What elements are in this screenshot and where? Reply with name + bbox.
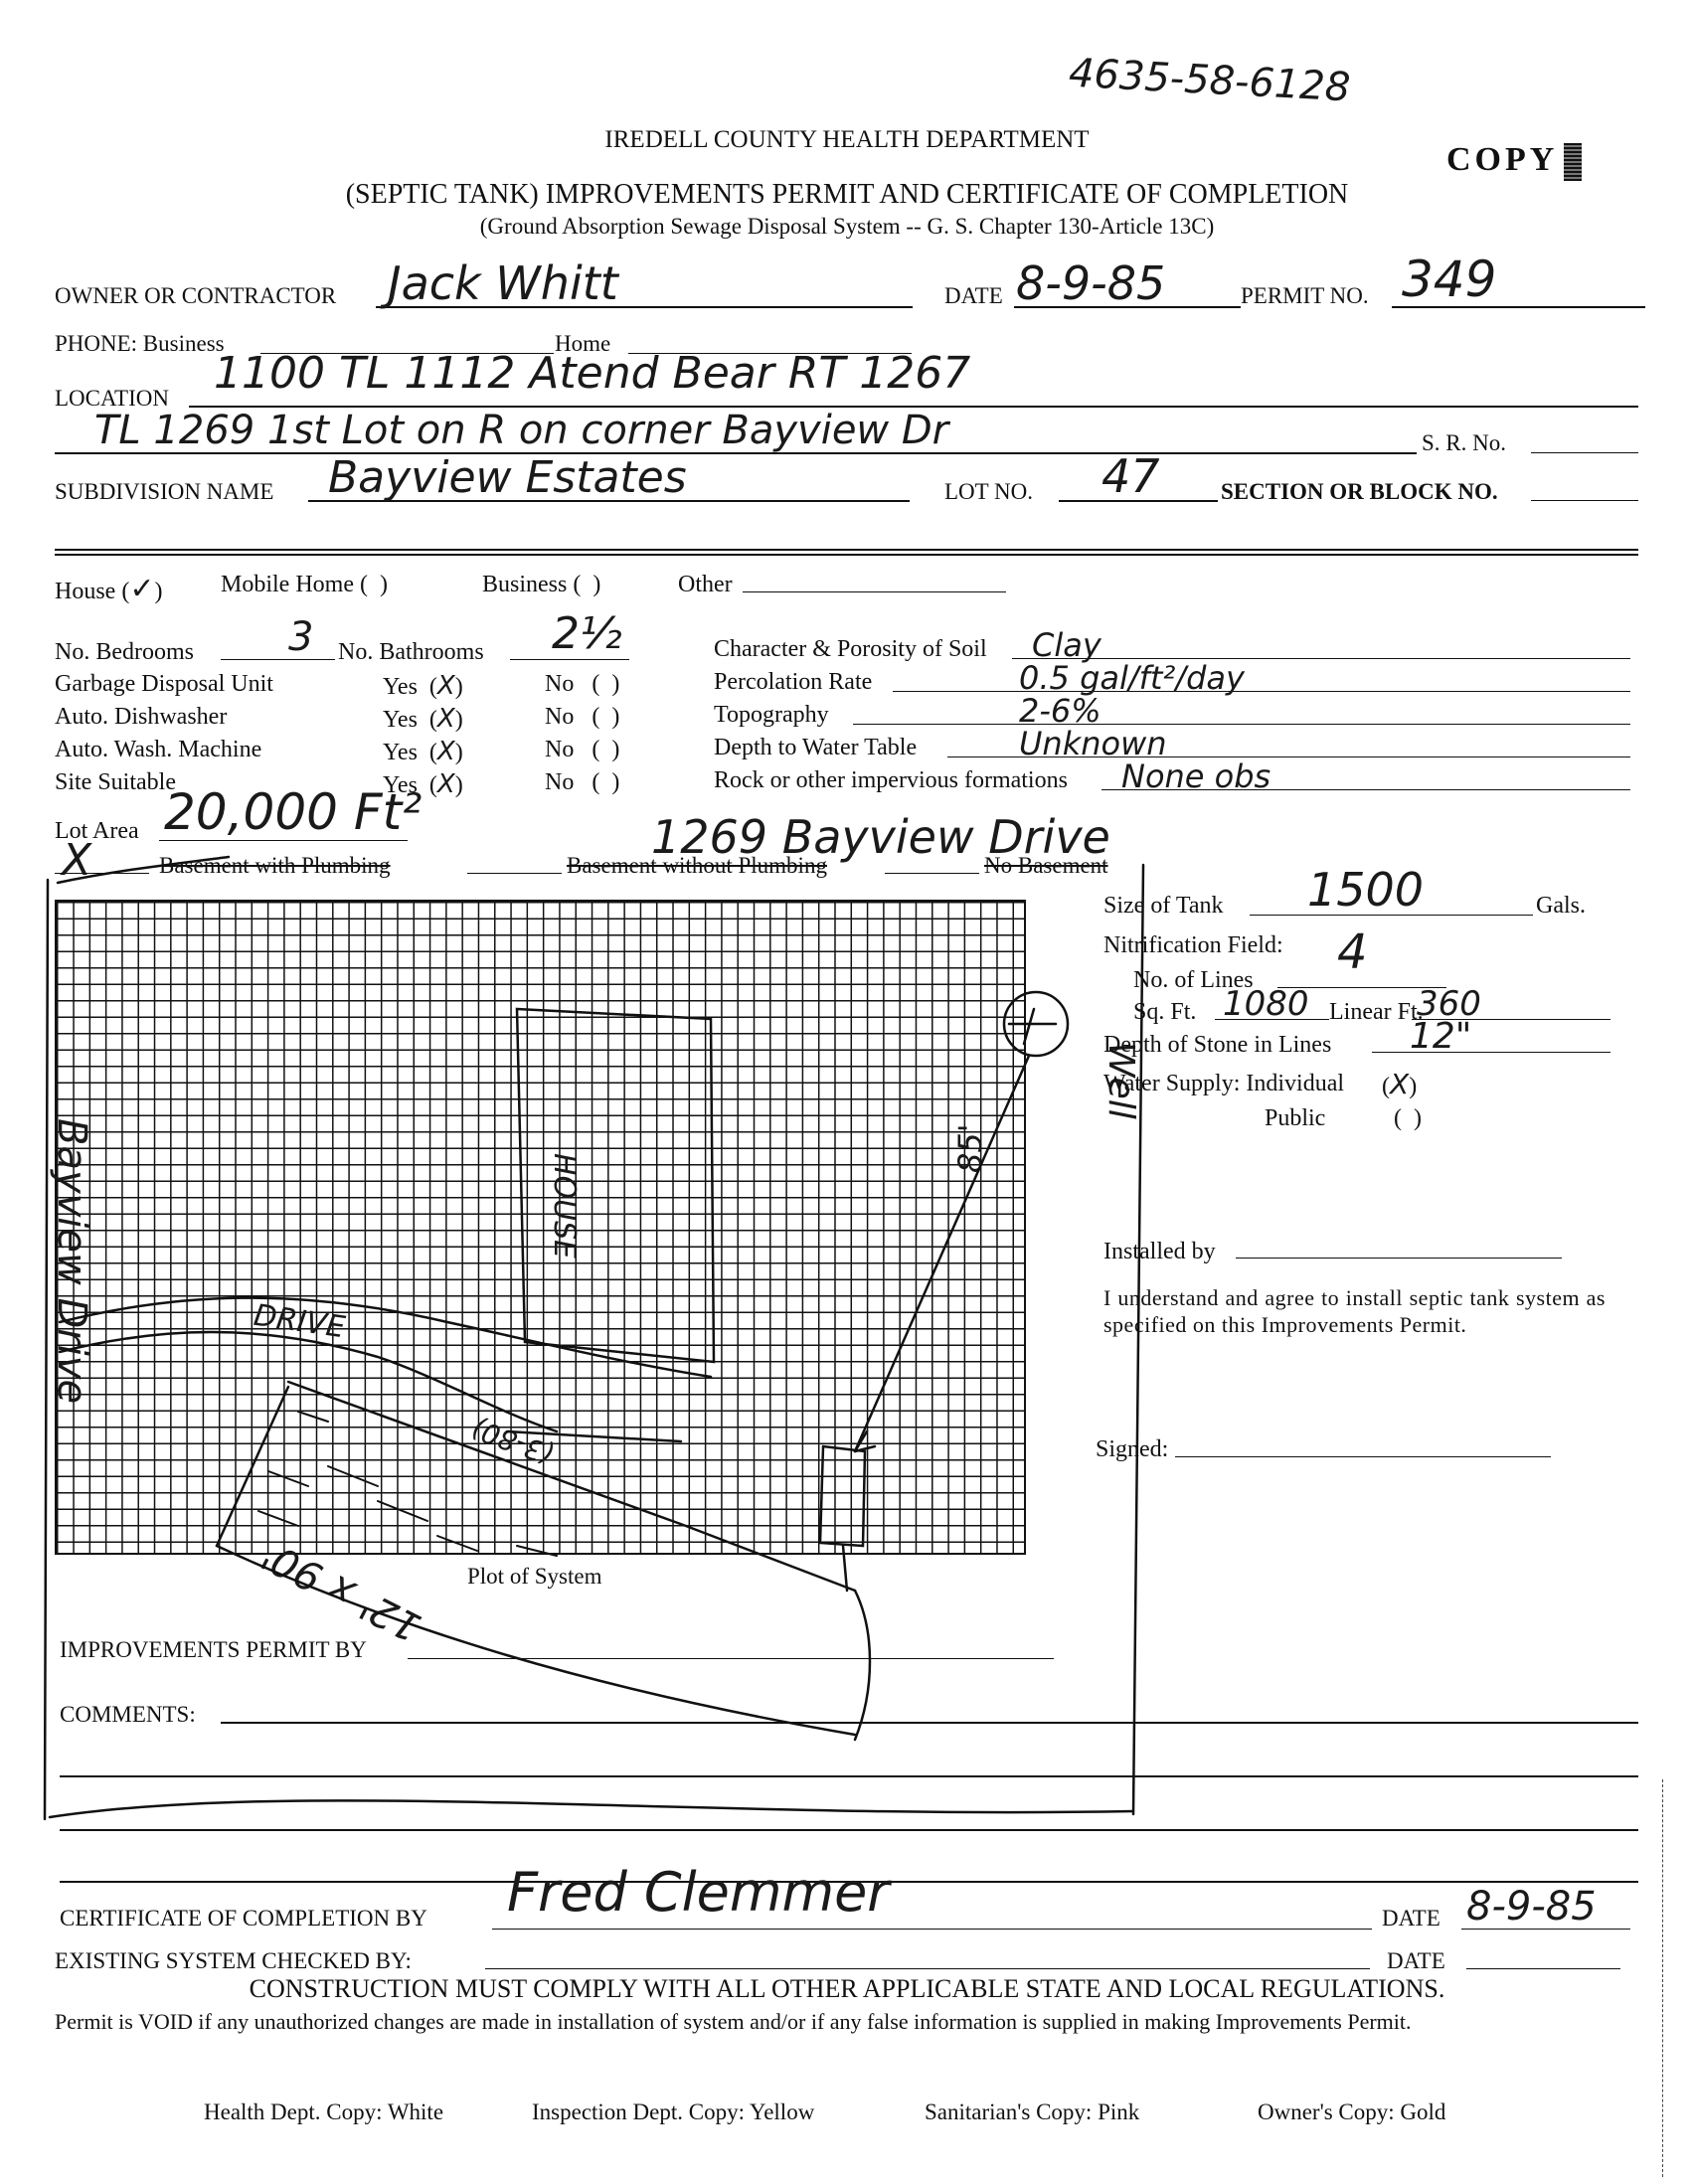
no-mark <box>599 769 611 795</box>
soil-label: Topography <box>714 702 829 729</box>
sqft-label: Sq. Ft. <box>1133 999 1196 1026</box>
reference-number: 4635-58-6128 <box>1068 51 1351 111</box>
lot-label: LOT NO. <box>944 479 1033 505</box>
sr-label: S. R. No. <box>1422 430 1506 456</box>
yes-label: Yes <box>383 740 418 765</box>
bathrooms-field[interactable]: 2½ <box>552 608 622 659</box>
plot-road-label: Bayview Drive <box>49 1118 94 1404</box>
no-label: No <box>545 769 574 795</box>
hand-border-left <box>45 880 48 1819</box>
copy-distribution-owner: Owner's Copy: Gold <box>1258 2100 1445 2125</box>
water-supply-public-label: Public <box>1265 1105 1325 1132</box>
comments-line-1[interactable] <box>221 1722 1638 1724</box>
agency-name: IREDELL COUNTY HEALTH DEPARTMENT <box>0 126 1694 154</box>
facility-no-option[interactable]: No ( ) <box>545 737 619 763</box>
installed-by-field[interactable] <box>1236 1258 1562 1259</box>
plot-distance-label: 85' <box>951 1123 989 1173</box>
building-type-house[interactable]: House (✓) <box>55 572 162 606</box>
copy-distribution-health: Health Dept. Copy: White <box>204 2100 443 2125</box>
address-note: 1269 Bayview Drive <box>651 810 1110 864</box>
lines-field[interactable]: 4 <box>1337 924 1368 980</box>
facility-label: Site Suitable <box>55 769 176 796</box>
water-supply-public-checkbox[interactable]: ( ) <box>1394 1105 1422 1132</box>
facility-yes-option[interactable]: Yes (X) <box>383 671 463 701</box>
basement-with-plumbing-field[interactable] <box>55 873 149 874</box>
permit-label: PERMIT NO. <box>1241 283 1369 309</box>
yes-x-icon: X <box>437 737 455 766</box>
no-mark <box>599 737 611 762</box>
hand-border-bottom <box>50 1800 1133 1817</box>
no-basement-field[interactable] <box>885 873 979 874</box>
building-type-business[interactable]: Business ( ) <box>482 572 600 598</box>
soil-line <box>853 724 1630 725</box>
copy-distribution-sanitarian: Sanitarian's Copy: Pink <box>925 2100 1139 2125</box>
soil-field[interactable]: None obs <box>1121 757 1270 795</box>
copy-distribution-inspection: Inspection Dept. Copy: Yellow <box>532 2100 814 2125</box>
comments-label: COMMENTS: <box>60 1702 196 1728</box>
certificate-line <box>492 1929 1372 1930</box>
facility-label: Auto. Dishwasher <box>55 704 227 731</box>
no-label: No <box>545 737 574 762</box>
certificate-signature[interactable]: Fred Clemmer <box>507 1861 890 1924</box>
bedrooms-line <box>221 659 335 660</box>
soil-label: Rock or other impervious formations <box>714 767 1068 794</box>
tank-size-label: Size of Tank <box>1103 893 1224 920</box>
permit-number-field[interactable]: 349 <box>1402 251 1496 308</box>
soil-label: Character & Porosity of Soil <box>714 636 987 663</box>
bathrooms-label: No. Bathrooms <box>338 639 484 666</box>
house-label: House <box>55 579 115 604</box>
divider-top <box>55 549 1638 551</box>
other-label: Other <box>678 572 733 598</box>
basement-x-mark[interactable]: X <box>62 835 91 886</box>
void-notice: Permit is VOID if any unauthorized chang… <box>55 2010 1526 2034</box>
bedrooms-label: No. Bedrooms <box>55 639 194 666</box>
water-supply-individual-label: Water Supply: Individual <box>1103 1071 1344 1097</box>
existing-system-field[interactable] <box>485 1968 1370 1969</box>
stone-depth-line <box>1372 1052 1610 1053</box>
facility-label: Auto. Wash. Machine <box>55 737 261 763</box>
building-type-mobile-home[interactable]: Mobile Home ( ) <box>221 572 388 598</box>
facility-label: Garbage Disposal Unit <box>55 671 273 698</box>
facility-no-option[interactable]: No ( ) <box>545 704 619 731</box>
form-subtitle: (Ground Absorption Sewage Disposal Syste… <box>0 214 1694 240</box>
soil-label: Depth to Water Table <box>714 735 917 761</box>
form-title: (SEPTIC TANK) IMPROVEMENTS PERMIT AND CE… <box>0 179 1694 211</box>
soil-line <box>893 691 1630 692</box>
existing-date-field[interactable] <box>1466 1968 1620 1969</box>
plot-house-label: HOUSE <box>547 1153 582 1259</box>
plot-caption: Plot of System <box>467 1564 601 1590</box>
yes-x-icon: X <box>437 671 455 701</box>
soil-label: Percolation Rate <box>714 669 872 696</box>
lot-area-field[interactable]: 20,000 Ft² <box>164 783 422 841</box>
date-field[interactable]: 8-9-85 <box>1016 256 1165 310</box>
stone-depth-label: Depth of Stone in Lines <box>1103 1032 1331 1059</box>
bathrooms-line <box>510 659 629 660</box>
nitrification-label: Nitrification Field: <box>1103 932 1283 959</box>
tank-size-field[interactable]: 1500 <box>1307 863 1424 917</box>
facility-no-option[interactable]: No ( ) <box>545 671 619 698</box>
comments-line-2[interactable] <box>60 1775 1638 1777</box>
drainfield-right <box>855 1591 870 1740</box>
no-mark <box>599 671 611 697</box>
stone-depth-field[interactable]: 12" <box>1410 1016 1471 1057</box>
lot-number-field[interactable]: 47 <box>1101 449 1160 503</box>
no-label: No <box>545 704 574 730</box>
sqft-field[interactable]: 1080 <box>1223 984 1309 1024</box>
bedrooms-field[interactable]: 3 <box>288 614 313 660</box>
yes-x-icon: X <box>437 704 455 734</box>
improvements-permit-field[interactable] <box>408 1658 1054 1659</box>
mobile-home-label: Mobile Home <box>221 572 354 597</box>
compliance-notice: CONSTRUCTION MUST COMPLY WITH ALL OTHER … <box>0 1974 1694 2004</box>
existing-date-label: DATE <box>1387 1948 1445 1974</box>
location-field-1[interactable]: 1100 TL 1112 Atend Bear RT 1267 <box>214 348 970 399</box>
subdivision-field[interactable]: Bayview Estates <box>328 452 687 503</box>
no-mark <box>599 704 611 730</box>
individual-x-icon: X <box>1390 1068 1409 1100</box>
divider-bottom <box>55 554 1638 556</box>
facility-yes-option[interactable]: Yes (X) <box>383 704 463 734</box>
signed-label: Signed: <box>1096 1436 1168 1463</box>
tank-size-unit: Gals. <box>1536 893 1586 920</box>
installed-by-label: Installed by <box>1103 1239 1216 1265</box>
water-supply-individual-checkbox[interactable]: (X) <box>1382 1068 1417 1100</box>
basement-with-plumbing-label: Basement with Plumbing <box>159 853 391 879</box>
facility-no-option[interactable]: No ( ) <box>545 769 619 796</box>
section-field[interactable] <box>1531 500 1638 501</box>
business-label: Business <box>482 572 567 597</box>
signed-field[interactable] <box>1175 1456 1551 1457</box>
yes-label: Yes <box>383 707 418 733</box>
location-field-2[interactable]: TL 1269 1st Lot on R on corner Bayview D… <box>94 408 948 453</box>
house-check-icon: ✓ <box>129 572 154 606</box>
date-label: DATE <box>944 283 1003 309</box>
comments-line-3[interactable] <box>60 1829 1638 1831</box>
owner-label: OWNER OR CONTRACTOR <box>55 283 336 309</box>
improvements-permit-label: IMPROVEMENTS PERMIT BY <box>60 1637 367 1663</box>
yes-label: Yes <box>383 674 418 700</box>
scan-edge <box>1662 1779 1663 2177</box>
certificate-date-field[interactable]: 8-9-85 <box>1466 1884 1597 1930</box>
existing-system-label: EXISTING SYSTEM CHECKED BY: <box>55 1948 412 1974</box>
facility-yes-option[interactable]: Yes (X) <box>383 737 463 766</box>
other-field[interactable] <box>743 591 1006 592</box>
certificate-label: CERTIFICATE OF COMPLETION BY <box>60 1906 427 1932</box>
owner-field[interactable]: Jack Whitt <box>388 256 618 310</box>
phone-business-label: PHONE: Business <box>55 331 225 357</box>
installer-agreement: I understand and agree to install septic… <box>1103 1284 1606 1338</box>
certificate-date-label: DATE <box>1382 1906 1440 1932</box>
no-label: No <box>545 671 574 697</box>
section-label: SECTION OR BLOCK NO. <box>1221 479 1498 505</box>
yes-x-icon: X <box>437 769 455 799</box>
sr-field[interactable] <box>1531 452 1638 453</box>
subdivision-label: SUBDIVISION NAME <box>55 479 273 505</box>
basement-without-plumbing-field[interactable] <box>467 873 562 874</box>
